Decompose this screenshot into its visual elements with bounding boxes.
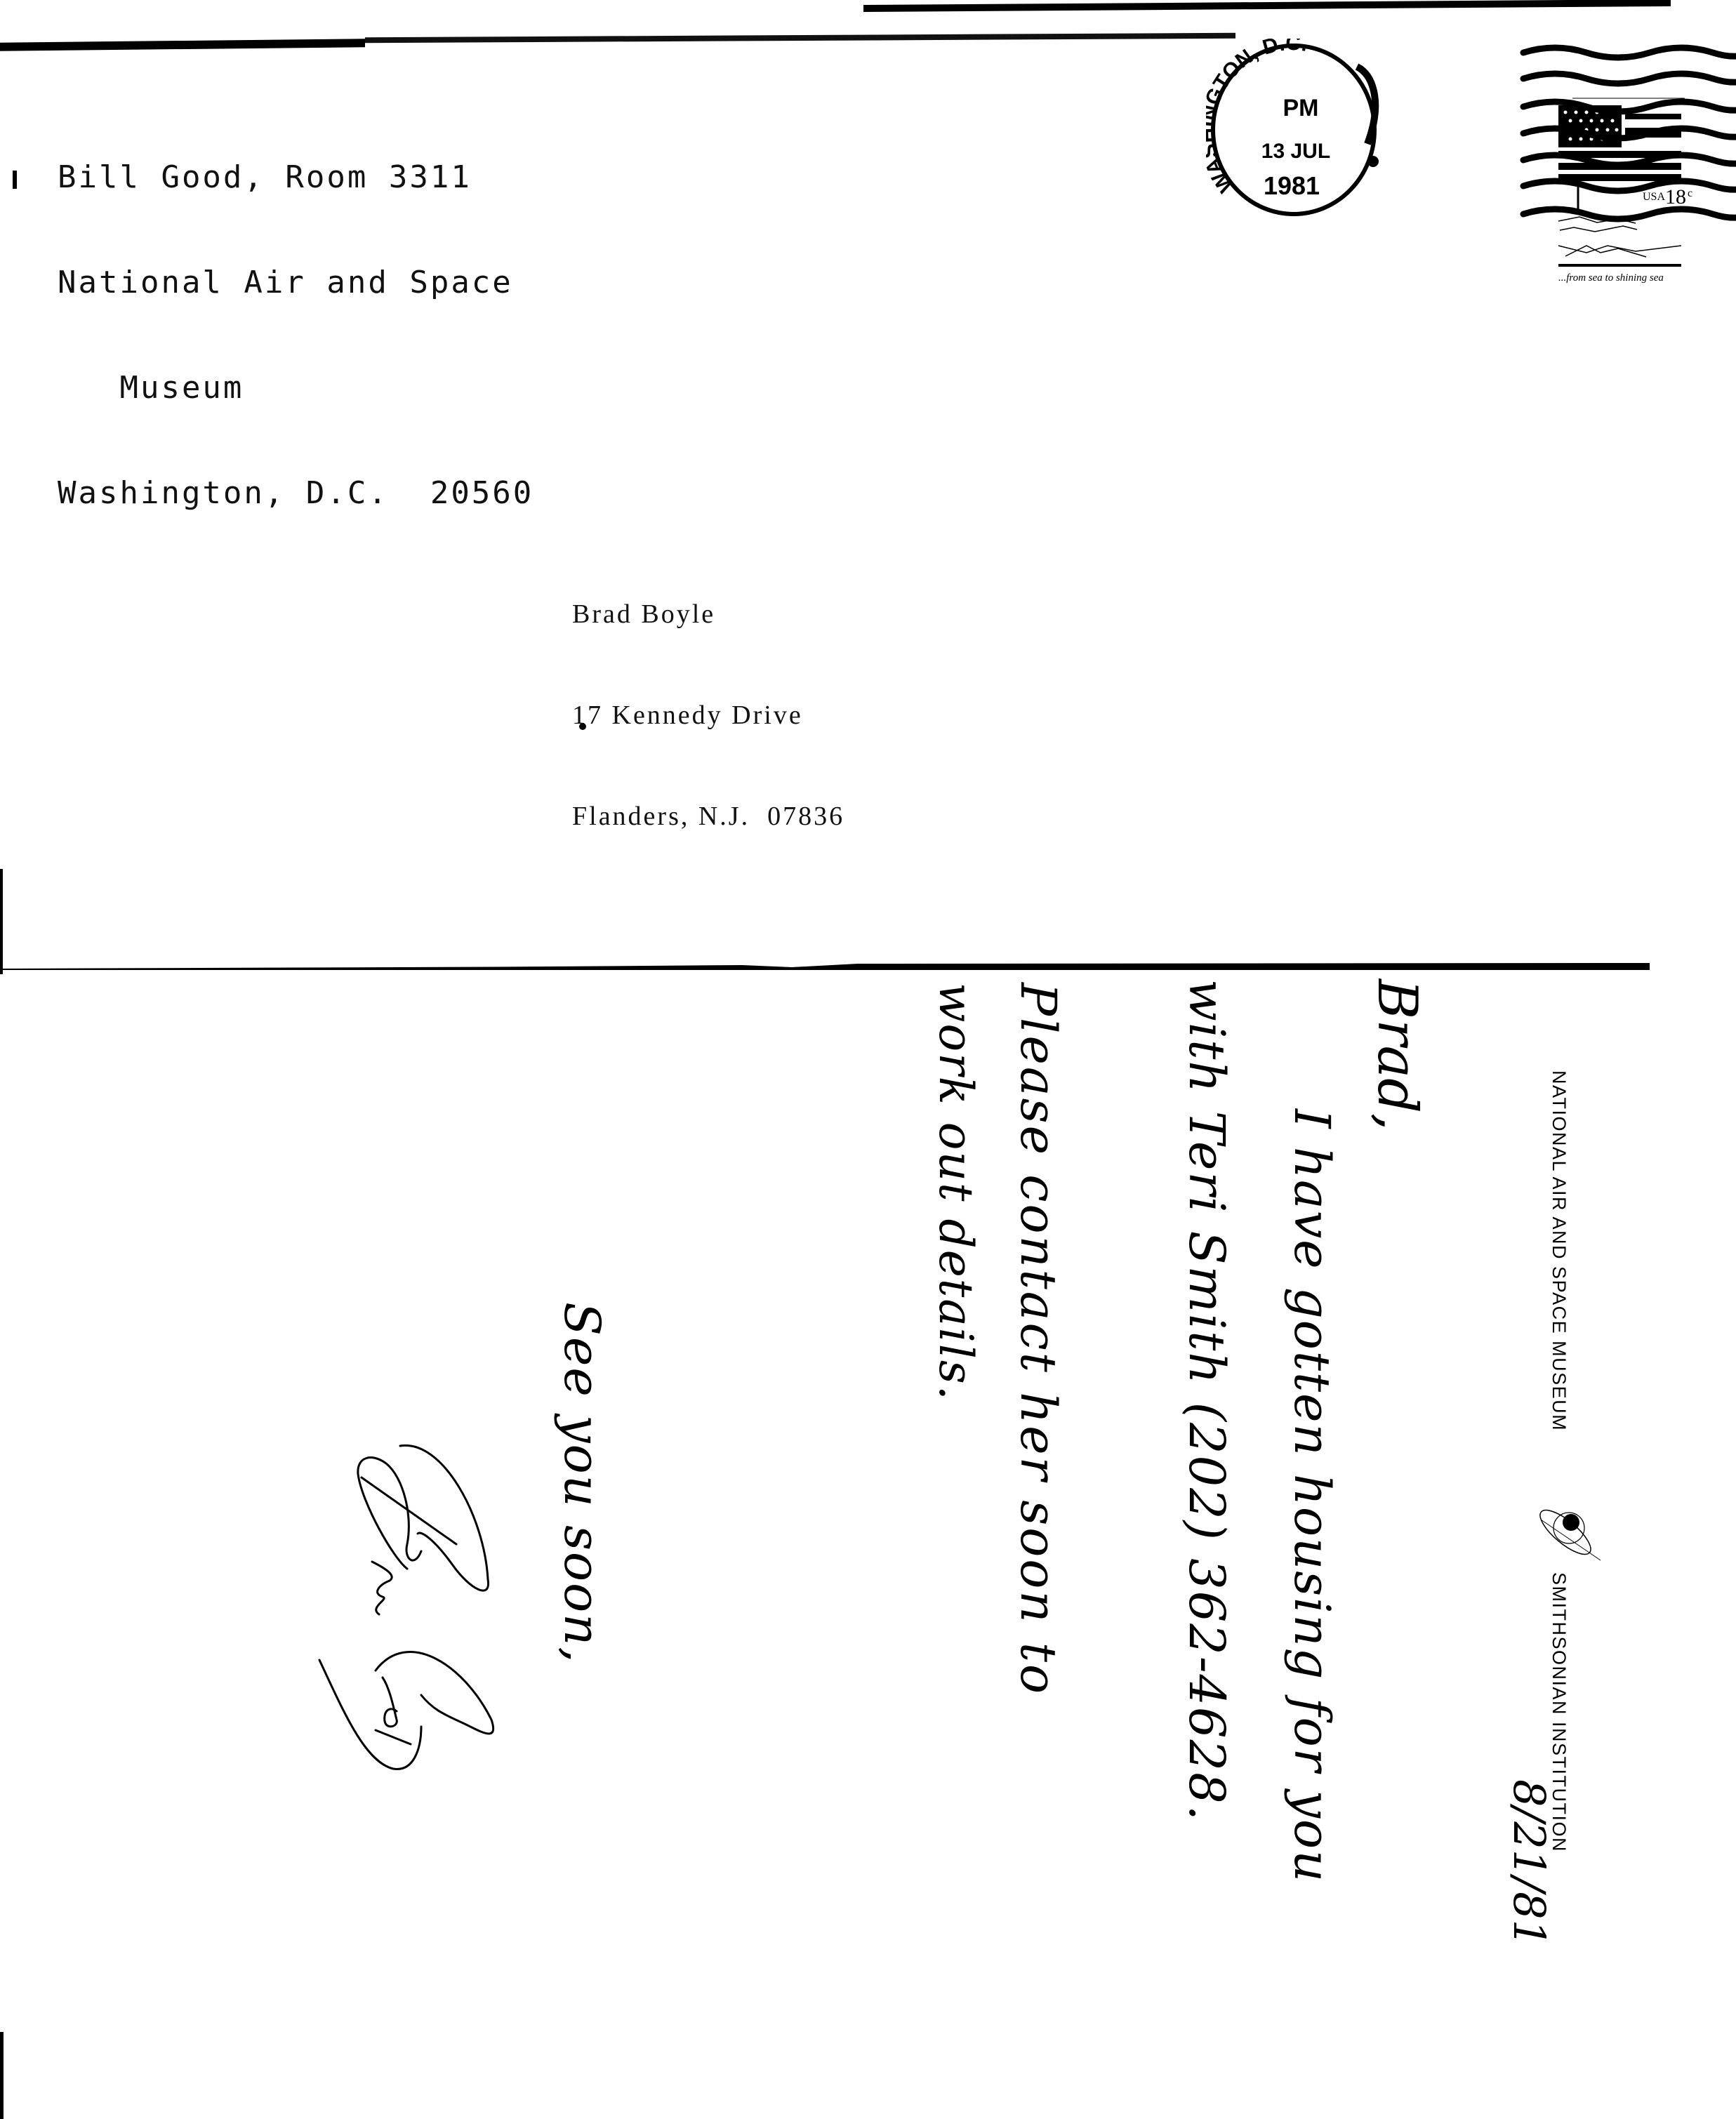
postmark-year: 1981	[1264, 171, 1320, 200]
stamp-country: USA	[1643, 191, 1665, 203]
return-address-line: National Air and Space	[58, 265, 534, 300]
stamp-currency: c	[1688, 187, 1692, 199]
return-address-line: Bill Good, Room 3311	[58, 160, 534, 195]
page-left-edge	[0, 2032, 4, 2119]
envelope-bottom-edge	[0, 963, 1650, 970]
letter-date: 8/21/81	[1504, 1779, 1555, 1947]
envelope-top-edge-left	[0, 39, 365, 51]
letter-body-line: work out details.	[929, 983, 983, 1402]
smithsonian-sun-orbit-icon	[1530, 1499, 1608, 1565]
scan-mark	[13, 171, 17, 189]
recipient-address-line: Flanders, N.J. 07836	[572, 799, 844, 833]
envelope-top-edge-middle	[365, 33, 1235, 43]
letter-body-line: Please contact her soon to	[1009, 983, 1067, 1696]
postmark-date: 13 JUL	[1261, 140, 1330, 163]
envelope-left-edge	[0, 869, 3, 974]
letter-closing: See you soon,	[553, 1302, 611, 1664]
flag-icon	[1558, 105, 1681, 181]
return-address-line: Washington, D.C. 20560	[58, 476, 534, 511]
recipient-address: Brad Boyle 17 Kennedy Drive Flanders, N.…	[572, 530, 844, 867]
postmark: WASHINGTON, D.C. PM 13 JUL 1981	[1206, 39, 1381, 221]
recipient-address-line: Brad Boyle	[572, 597, 844, 631]
return-address: Bill Good, Room 3311 National Air and Sp…	[58, 90, 534, 546]
postage-stamp: USA 18 c ...from sea to shining sea	[1516, 42, 1736, 295]
recipient-address-line: 17 Kennedy Drive	[572, 698, 844, 732]
letterhead-organization: NATIONAL AIR AND SPACE MUSEUM	[1548, 1070, 1570, 1431]
ink-dot	[579, 723, 586, 730]
postmark-time: PM	[1283, 95, 1319, 121]
letter-body-line: I have gotten housing for you	[1283, 1109, 1341, 1883]
return-address-line: Museum	[58, 371, 534, 406]
stamp-denomination: 18	[1665, 185, 1686, 208]
letter-body-line: with Teri Smith (202) 362-4628.	[1178, 979, 1235, 1822]
envelope-flap-edge	[863, 0, 1671, 12]
signature: Bill Good	[302, 1418, 512, 1839]
sea-illustration	[1558, 217, 1681, 265]
letter-greeting: Brad,	[1365, 979, 1429, 1131]
stamp-caption: ...from sea to shining sea	[1558, 272, 1664, 284]
